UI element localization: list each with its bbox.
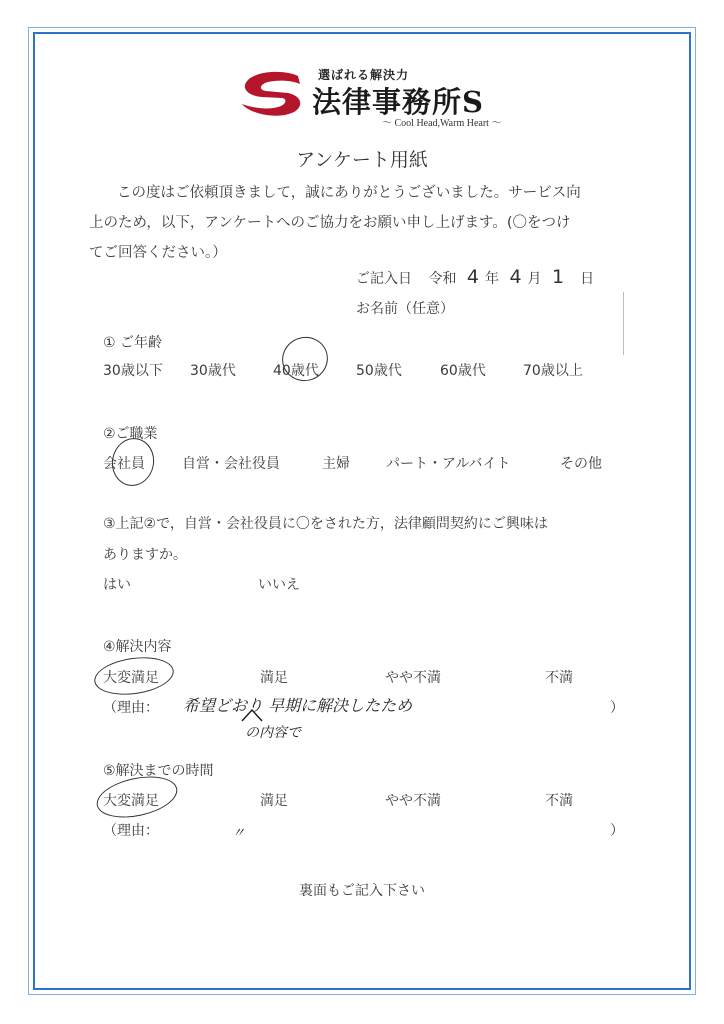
q5-reason-text[interactable]: 〃 [232, 822, 245, 841]
date-field: ご記入日 令和 4年 4月 1日 [356, 266, 594, 288]
q4-option-dissatisfied[interactable]: 不満 [545, 667, 573, 687]
q4-option-satisfied[interactable]: 満足 [260, 667, 288, 687]
q2-option-self-employed[interactable]: 自営・会社役員 [182, 453, 280, 473]
date-era: 令和 [428, 271, 456, 287]
q1-option-under30[interactable]: 30歳以下 [103, 360, 163, 380]
q5-option-satisfied[interactable]: 満足 [260, 790, 288, 810]
q5-option-somewhat-dissatisfied[interactable]: やや不満 [385, 790, 441, 810]
page-border-inner [33, 32, 691, 990]
firm-logo-icon [238, 70, 308, 120]
form-title: アンケート用紙 [0, 145, 724, 172]
q1-option-50s[interactable]: 50歳代 [356, 360, 402, 380]
date-year-value[interactable]: 4 [467, 266, 479, 288]
q4-label: ④解決内容 [103, 636, 172, 656]
insertion-caret-icon [240, 708, 264, 722]
date-label: ご記入日 [356, 271, 412, 287]
q3-label-line-1: ③上記②で，自営・会社役員に〇をされた方，法律顧問契約にご興味は [103, 513, 548, 533]
q2-option-homemaker[interactable]: 主婦 [322, 453, 350, 473]
q1-option-70plus[interactable]: 70歳以上 [523, 360, 583, 380]
name-field-divider [623, 292, 624, 355]
date-day-unit: 日 [580, 271, 594, 287]
firm-motto: ～ Cool Head,Warm Heart ～ [382, 114, 501, 129]
name-label: お名前（任意） [356, 301, 454, 317]
q1-label: ① ご年齢 [103, 332, 162, 352]
footer-note: 裏面もご記入下さい [0, 880, 724, 900]
date-day-value[interactable]: 1 [552, 266, 564, 288]
intro-line-2: 上のため，以下，アンケートへのご協力をお願い申し上げます。(〇をつけ [89, 208, 623, 238]
intro-line-3: てご回答ください。） [89, 238, 623, 268]
intro-text: この度はご依頼頂きまして，誠にありがとうございました。サービス向 上のため，以下… [103, 178, 623, 268]
q5-reason-label: （理由： [103, 820, 159, 840]
q4-reason-close: ） [610, 697, 624, 717]
q4-reason-label: （理由： [103, 697, 159, 717]
q3-option-no[interactable]: いいえ [258, 574, 300, 594]
q4-reason-insert: の内容で [245, 722, 301, 742]
q1-option-60s[interactable]: 60歳代 [440, 360, 486, 380]
date-month-unit: 月 [528, 271, 542, 287]
date-month-value[interactable]: 4 [509, 266, 521, 288]
q2-option-part-time[interactable]: パート・アルバイト [386, 453, 510, 473]
q4-reason-text[interactable]: 希望どおり 早期に解決したため [183, 693, 412, 716]
q2-option-other[interactable]: その他 [560, 453, 602, 473]
q1-option-30s[interactable]: 30歳代 [190, 360, 236, 380]
q4-option-somewhat-dissatisfied[interactable]: やや不満 [385, 667, 441, 687]
q5-option-dissatisfied[interactable]: 不満 [545, 790, 573, 810]
q3-option-yes[interactable]: はい [103, 574, 131, 594]
q3-label-line-2: ありますか。 [103, 544, 187, 564]
intro-line-1: この度はご依頼頂きまして，誠にありがとうございました。サービス向 [103, 178, 623, 208]
q5-reason-close: ） [610, 820, 624, 840]
date-year-unit: 年 [485, 271, 499, 287]
name-field[interactable]: お名前（任意） [356, 298, 454, 318]
